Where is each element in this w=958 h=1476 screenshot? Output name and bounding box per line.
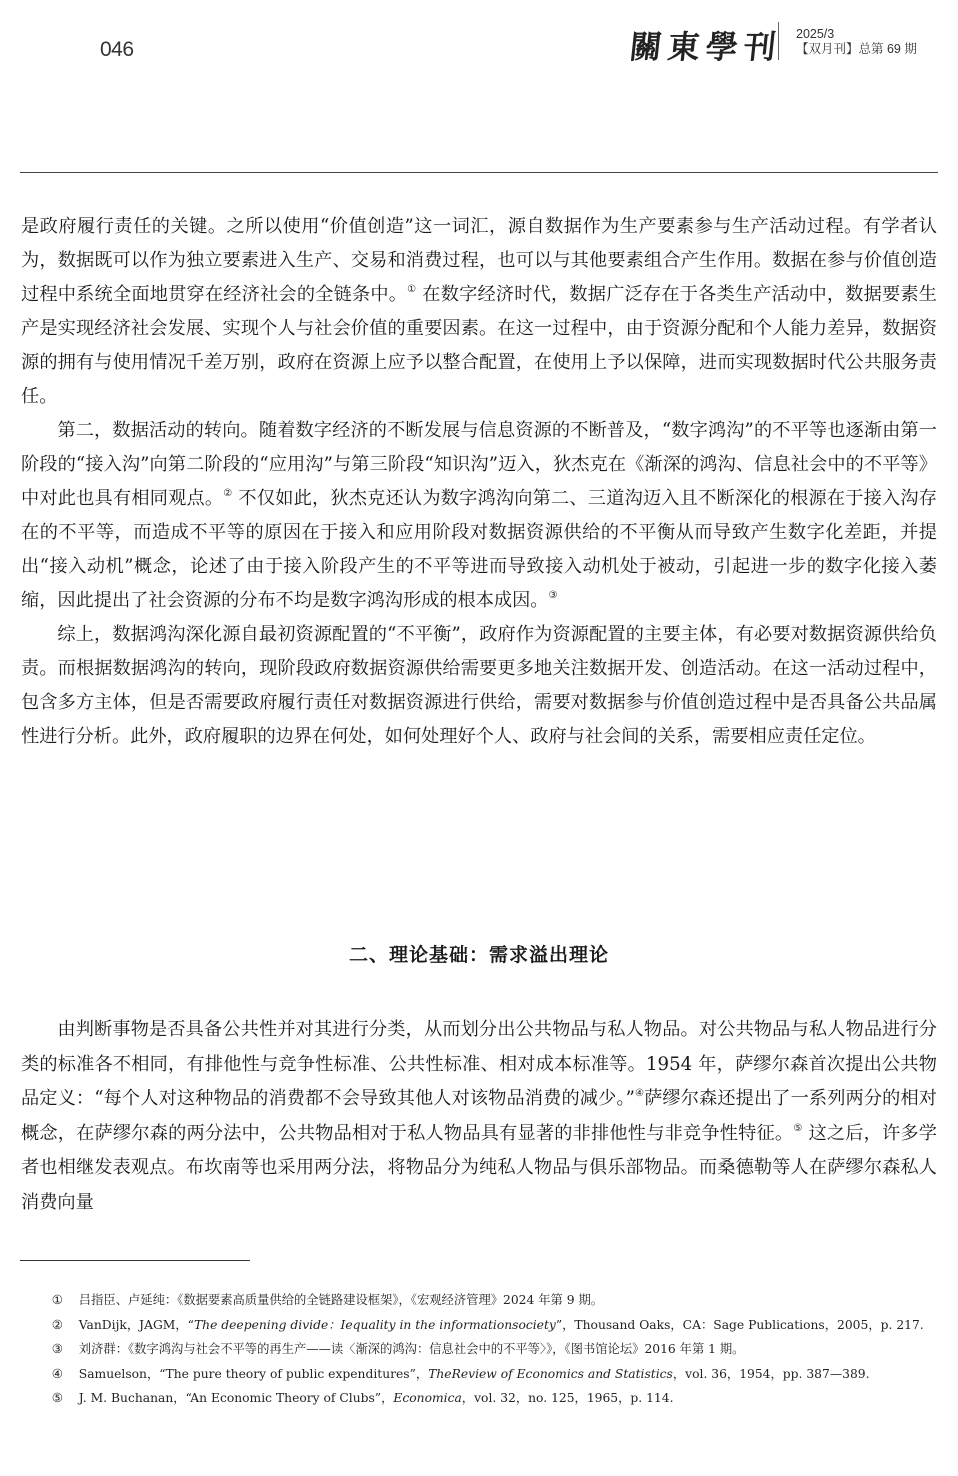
paragraph-1: 是政府履行责任的关键。之所以使用“价值创造”这一词汇，源自数据作为生产要素参与生… [21,210,937,414]
footnote-2: ②VanDijk，JAGM，“The deepening divide：Iequ… [21,1313,937,1338]
issue-info: 2025/3 【双月刊】总第 69 期 [796,27,917,57]
paragraph-3: 综上，数据鸿沟深化源自最初资源配置的“不平衡”，政府作为资源配置的主要主体，有必… [21,618,937,754]
paragraph-4: 由判断事物是否具备公共性并对其进行分类，从而划分出公共物品与私人物品。对公共物品… [21,1013,937,1220]
footnote-ref-1[interactable]: ① [407,284,416,295]
section-heading: 二、理论基础：需求溢出理论 [0,940,958,967]
page-header: 046 關東學刊 2025/3 【双月刊】总第 69 期 [0,0,958,175]
page-number: 046 [100,38,134,62]
footnote-5: ⑤J. M. Buchanan，“An Economic Theory of C… [21,1386,937,1411]
section-body: 由判断事物是否具备公共性并对其进行分类，从而划分出公共物品与私人物品。对公共物品… [21,1013,937,1220]
footnote-ref-4[interactable]: ④ [635,1088,644,1099]
header-rule [20,172,938,173]
footnote-4: ④Samuelson，“The pure theory of public ex… [21,1362,937,1387]
footnote-3: ③刘济群：《数字鸿沟与社会不平等的再生产——读〈渐深的鸿沟：信息社会中的不平等〉… [21,1337,937,1362]
issue-number: 【双月刊】总第 69 期 [796,42,917,57]
header-divider [778,22,779,60]
article-body: 是政府履行责任的关键。之所以使用“价值创造”这一词汇，源自数据作为生产要素参与生… [21,210,937,754]
footnote-1: ①吕指臣、卢延纯：《数据要素高质量供给的全链路建设框架》，《宏观经济管理》202… [21,1288,937,1313]
issue-date: 2025/3 [796,27,917,42]
footnote-rule [20,1260,250,1261]
journal-logo: 關東學刊 [628,22,785,68]
footnotes: ①吕指臣、卢延纯：《数据要素高质量供给的全链路建设框架》，《宏观经济管理》202… [21,1288,937,1411]
paragraph-2: 第二，数据活动的转向。随着数字经济的不断发展与信息资源的不断普及，“数字鸿沟”的… [21,414,937,618]
footnote-ref-3[interactable]: ③ [548,590,557,601]
